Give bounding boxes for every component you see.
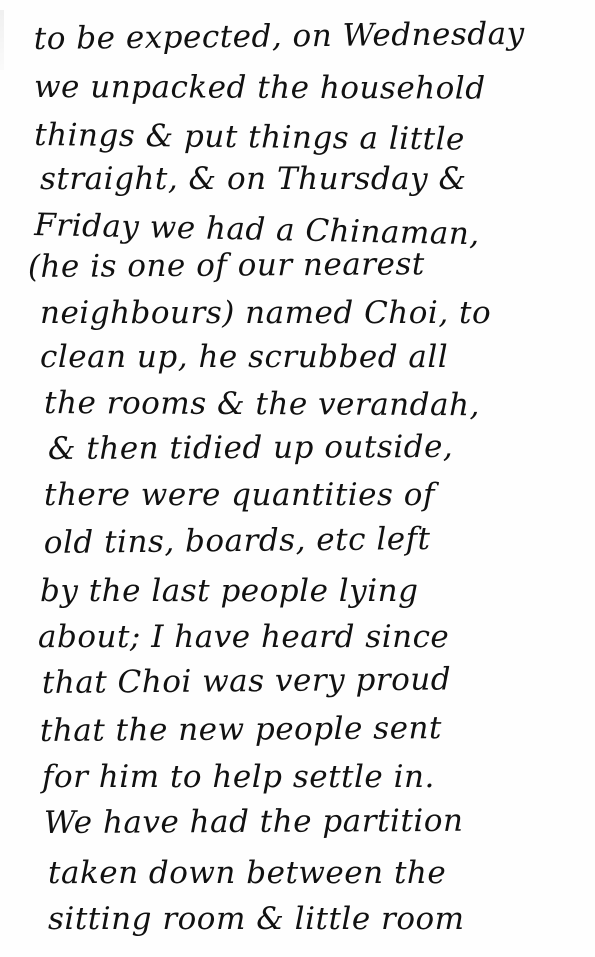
text-line: taken down between the (48, 858, 446, 889)
text-line: things & put things a little (34, 120, 465, 156)
text-line: to be expected, on Wednesday (34, 19, 525, 55)
text-line: by the last people lying (40, 576, 418, 607)
text-line: about; I have heard since (38, 622, 449, 653)
text-line: that Choi was very proud (42, 664, 452, 699)
text-line: straight, & on Thursday & (40, 164, 467, 195)
text-line: We have had the partition (44, 806, 464, 839)
text-line: there were quantities of (44, 480, 435, 511)
text-line: the rooms & the verandah, (44, 388, 480, 421)
text-line: & then tidied up outside, (48, 432, 453, 465)
handwritten-text-block: to be expected, on Wednesday we unpacked… (0, 0, 595, 957)
text-line: Friday we had a Chinaman, (34, 210, 480, 250)
handwritten-page: to be expected, on Wednesday we unpacked… (0, 0, 595, 957)
text-line: we unpacked the household (34, 72, 486, 105)
text-line: old tins, boards, etc left (44, 524, 431, 559)
text-line: neighbours) named Choi, to (40, 298, 491, 329)
text-line: (he is one of our nearest (28, 249, 425, 283)
text-line: clean up, he scrubbed all (40, 342, 448, 373)
text-line: for him to help settle in. (42, 762, 435, 793)
text-line: that the new people sent (40, 713, 442, 747)
text-line: sitting room & little room (48, 904, 465, 935)
